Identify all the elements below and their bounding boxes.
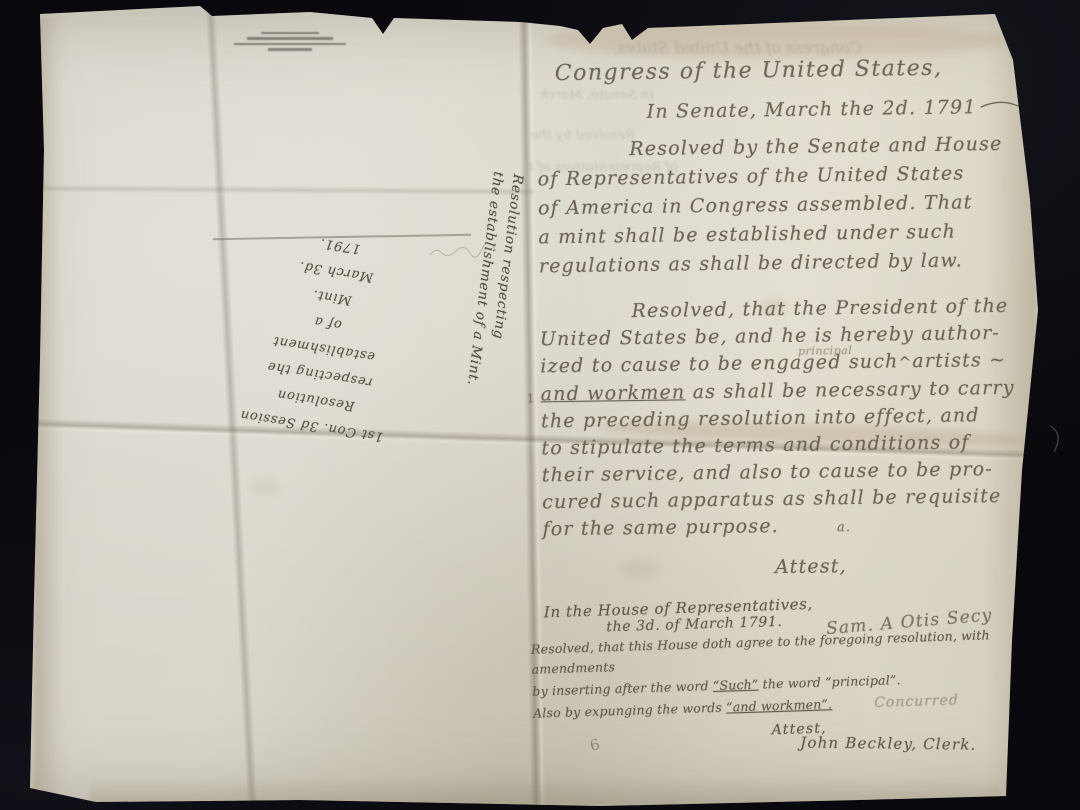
resolution-line-text: for the same purpose. — [542, 515, 779, 540]
senate-dateline: In Senate, March the 2d. 1791 — [537, 96, 1017, 125]
resolution-paragraph-2: Resolved, that the President of the Unit… — [539, 293, 1022, 546]
clerk-signature-text: John Beckley, Clerk. — [800, 733, 977, 753]
stray-ink-mark: a. — [837, 520, 852, 535]
senate-resolution-page: Congress of the United States, In Senate… — [536, 55, 1024, 638]
resolution-line-text: as shall be necessary to carry — [685, 377, 1015, 404]
resolution-paragraph-1: Resolved by the Senate and House of Repr… — [537, 130, 1019, 282]
senate-attest-label: Attest, — [543, 553, 1023, 582]
photo-background: 1st Con. 3d Session Resolution respectin… — [0, 0, 1080, 810]
stamp-line — [247, 38, 333, 41]
house-concurrence-note: In the House of Representatives, the 3d.… — [530, 588, 1027, 763]
inserted-word-principal: principal — [798, 337, 853, 365]
resolution-line: regulations as shall be directed by law. — [539, 246, 1019, 282]
house-body-text: Also by expunging the words — [533, 700, 727, 721]
paper-sheet: 1st Con. 3d Session Resolution respectin… — [0, 0, 1080, 810]
expunged-words: and workmen — [540, 381, 685, 405]
concurred-pencil-note: Concurred — [874, 692, 959, 711]
background-highlight-curl — [1046, 424, 1068, 454]
caret-mark: ^ — [898, 353, 912, 371]
document-heading: Congress of the United States, — [536, 55, 1016, 87]
margin-tick-mark: 1 — [527, 385, 536, 412]
stamp-line — [261, 32, 319, 35]
resolution-line-text: artists ∼ — [912, 349, 1006, 372]
archival-stamp — [228, 26, 352, 54]
senate-dateline-text: In Senate, March the 2d. 1791 — [647, 96, 977, 123]
pen-flourish — [979, 98, 1049, 117]
quoted-word-such: “Such” — [713, 677, 759, 693]
resolution-line: for the same purpose.a. — [542, 510, 1022, 546]
house-body-text: by inserting after the word — [532, 678, 713, 699]
house-body-text: the word — [758, 675, 825, 692]
stamp-line — [268, 49, 312, 52]
docket-block: 1st Con. 3d Session Resolution respectin… — [205, 216, 447, 455]
quoted-word-principal: “principal”. — [825, 672, 901, 689]
quoted-words-and-workmen: “and workmen”. — [726, 696, 833, 714]
stamp-line — [234, 43, 346, 46]
